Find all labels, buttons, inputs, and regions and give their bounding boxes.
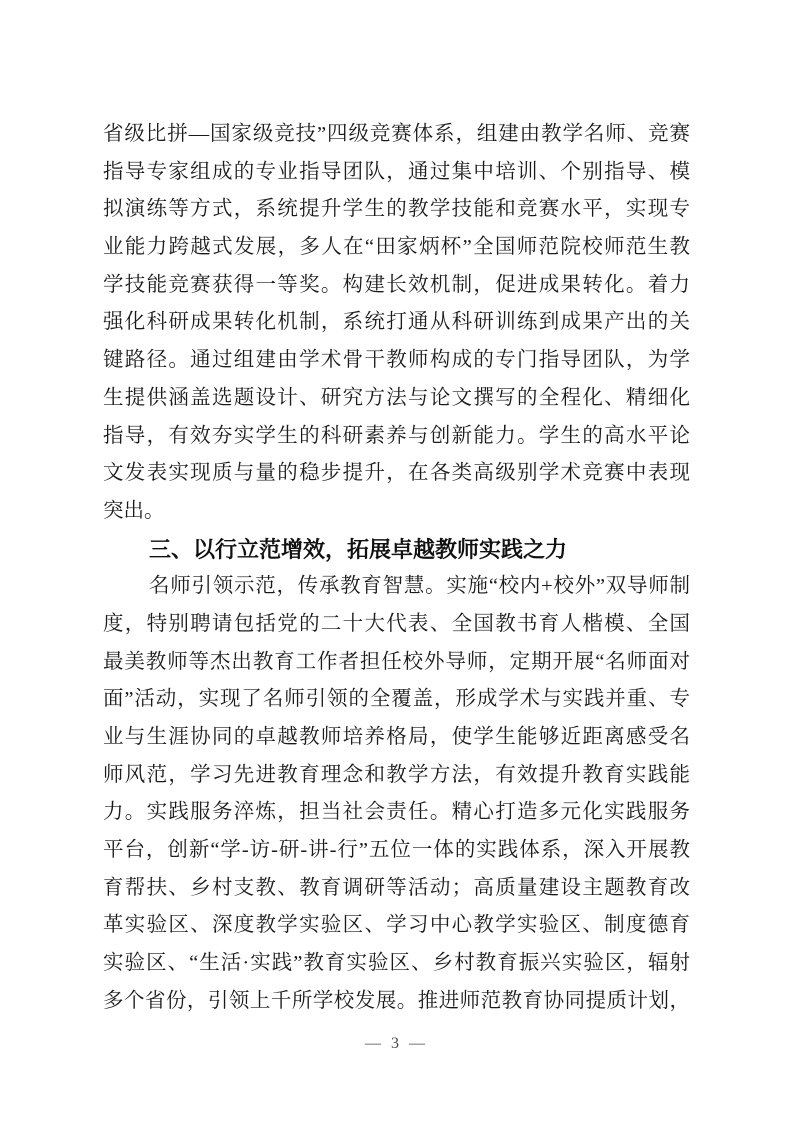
section-heading: 三、以行立范增效，拓展卓越教师实践之力 xyxy=(103,531,690,569)
text-line: 革实验区、深度教学实验区、学习中心教学实验区、制度德育 xyxy=(103,907,690,945)
text-line: 业与生涯协同的卓越教师培养格局，使学生能够近距离感受名 xyxy=(103,719,690,757)
text-line: 强化科研成果转化机制，系统打通从科研训练到成果产出的关 xyxy=(103,304,690,342)
document-page: 省级比拼—国家级竞技”四级竞赛体系，组建由教学名师、竞赛 指导专家组成的专业指导… xyxy=(0,0,793,1122)
text-line: 名师引领示范，传承教育智慧。实施“校内+校外”双导师制 xyxy=(103,568,690,606)
page-number: — 3 — xyxy=(0,1033,793,1055)
text-line: 最美教师等杰出教育工作者担任校外导师，定期开展“名师面对 xyxy=(103,644,690,682)
text-line: 突出。 xyxy=(103,493,690,531)
text-line: 生提供涵盖选题设计、研究方法与论文撰写的全程化、精细化 xyxy=(103,380,690,418)
text-line: 度，特别聘请包括党的二十大代表、全国教书育人楷模、全国 xyxy=(103,606,690,644)
document-body: 省级比拼—国家级竞技”四级竞赛体系，组建由教学名师、竞赛 指导专家组成的专业指导… xyxy=(103,116,690,1021)
text-line: 业能力跨越式发展，多人在“田家炳杯”全国师范院校师范生教 xyxy=(103,229,690,267)
text-line: 多个省份，引领上千所学校发展。推进师范教育协同提质计划， xyxy=(103,983,690,1021)
text-line: 文发表实现质与量的稳步提升，在各类高级别学术竞赛中表现 xyxy=(103,455,690,493)
text-line: 省级比拼—国家级竞技”四级竞赛体系，组建由教学名师、竞赛 xyxy=(103,116,690,154)
text-line: 育帮扶、乡村支教、教育调研等活动；高质量建设主题教育改 xyxy=(103,870,690,908)
text-line: 学技能竞赛获得一等奖。构建长效机制，促进成果转化。着力 xyxy=(103,267,690,305)
text-line: 力。实践服务淬炼，担当社会责任。精心打造多元化实践服务 xyxy=(103,794,690,832)
text-line: 面”活动，实现了名师引领的全覆盖，形成学术与实践并重、专 xyxy=(103,681,690,719)
text-line: 平台，创新“学-访-研-讲-行”五位一体的实践体系，深入开展教 xyxy=(103,832,690,870)
text-line: 师风范，学习先进教育理念和教学方法，有效提升教育实践能 xyxy=(103,757,690,795)
text-line: 实验区、“生活·实践”教育实验区、乡村教育振兴实验区，辐射 xyxy=(103,945,690,983)
text-line: 指导专家组成的专业指导团队，通过集中培训、个别指导、模 xyxy=(103,154,690,192)
text-line: 键路径。通过组建由学术骨干教师构成的专门指导团队，为学 xyxy=(103,342,690,380)
text-line: 指导，有效夯实学生的科研素养与创新能力。学生的高水平论 xyxy=(103,418,690,456)
text-line: 拟演练等方式，系统提升学生的教学技能和竞赛水平，实现专 xyxy=(103,191,690,229)
